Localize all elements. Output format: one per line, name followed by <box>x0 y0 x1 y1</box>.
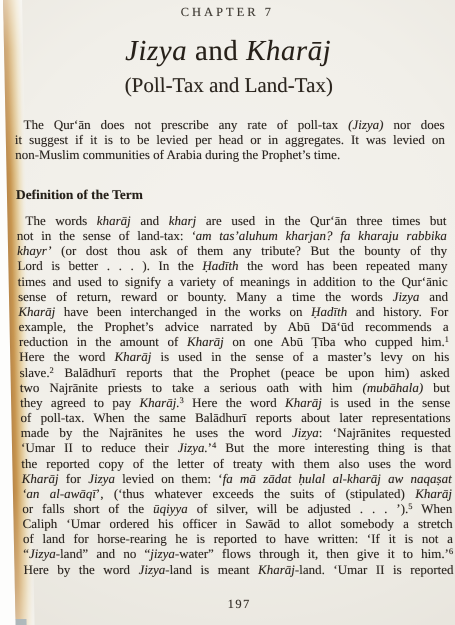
text-line: Kharāj for Jizya levied on them: ‘fa mā … <box>21 471 451 486</box>
text-line: they agreed to pay Kharāj.3 Here the wor… <box>20 395 450 410</box>
chapter-title: Jizya and Kharāj <box>13 35 444 68</box>
text-line: or falls short of the ūqiyya of silver, … <box>22 501 452 516</box>
text-line: sense of return, reward or bounty. Many … <box>18 289 448 304</box>
text-line: times and used to signify a variety of m… <box>18 274 448 289</box>
page-number: 197 <box>24 597 454 612</box>
text-line: not in the sense of land-tax: ‘am tas’al… <box>17 228 447 243</box>
scanned-book-page: CHAPTER 7 Jizya and Kharāj (Poll-Tax and… <box>0 0 455 625</box>
text-line: of poll-tax. When the same Balādhurī rep… <box>20 410 450 425</box>
text-line: The Qur‘ān does not prescribe any rate o… <box>14 117 444 132</box>
text-column: CHAPTER 7 Jizya and Kharāj (Poll-Tax and… <box>12 0 455 625</box>
text-line: Here the word Kharāj is used in the sens… <box>19 349 449 364</box>
text-line: khayr’ (or dost thou ask of them any tri… <box>17 243 447 258</box>
text-line: it suggest if it is to be levied per hea… <box>15 132 445 147</box>
text-line: Here by the word Jizya-land is meant Kha… <box>23 562 453 577</box>
text-line: reduction in the amount of Kharāj on one… <box>19 334 449 349</box>
text-line: Kharāj have been interchanged in the wor… <box>18 304 448 319</box>
text-line: example, the Prophet’s advice narrated b… <box>18 319 448 334</box>
text-line: Lord is better . . . ). In the Ḥadīth th… <box>17 258 447 273</box>
text-line: Caliph ‘Umar ordered his officer in Sawā… <box>22 516 452 531</box>
text-line: non-Muslim communities of Arabia during … <box>15 147 445 162</box>
text-line: ‘Umar II to reduce their Jizya.’4 But th… <box>21 440 451 455</box>
intro-paragraph: The Qur‘ān does not prescribe any rate o… <box>14 117 445 162</box>
body-paragraph: The words kharāj and kharj are used in t… <box>16 213 453 577</box>
text-line: the reported copy of the letter of treat… <box>21 456 451 471</box>
chapter-label: CHAPTER 7 <box>12 5 442 20</box>
chapter-subtitle: (Poll-Tax and Land-Tax) <box>14 73 445 98</box>
text-line: The words kharāj and kharj are used in t… <box>16 213 446 228</box>
text-line: of land for horse-rearing he is reported… <box>23 531 453 546</box>
text-line: made by the Najrānites he uses the word … <box>21 425 451 440</box>
text-line: two Najrānite priests to take a serious … <box>20 380 450 395</box>
page-sheet: CHAPTER 7 Jizya and Kharāj (Poll-Tax and… <box>3 0 455 625</box>
section-heading: Definition of the Term <box>16 187 143 203</box>
text-line: slave.2 Balādhurī reports that the Proph… <box>19 365 449 380</box>
text-line: “Jizya-land” and no “jizya-water” flows … <box>23 546 453 561</box>
text-line: ‘an al-awāqī’, (‘thus whatever exceeds t… <box>22 486 452 501</box>
